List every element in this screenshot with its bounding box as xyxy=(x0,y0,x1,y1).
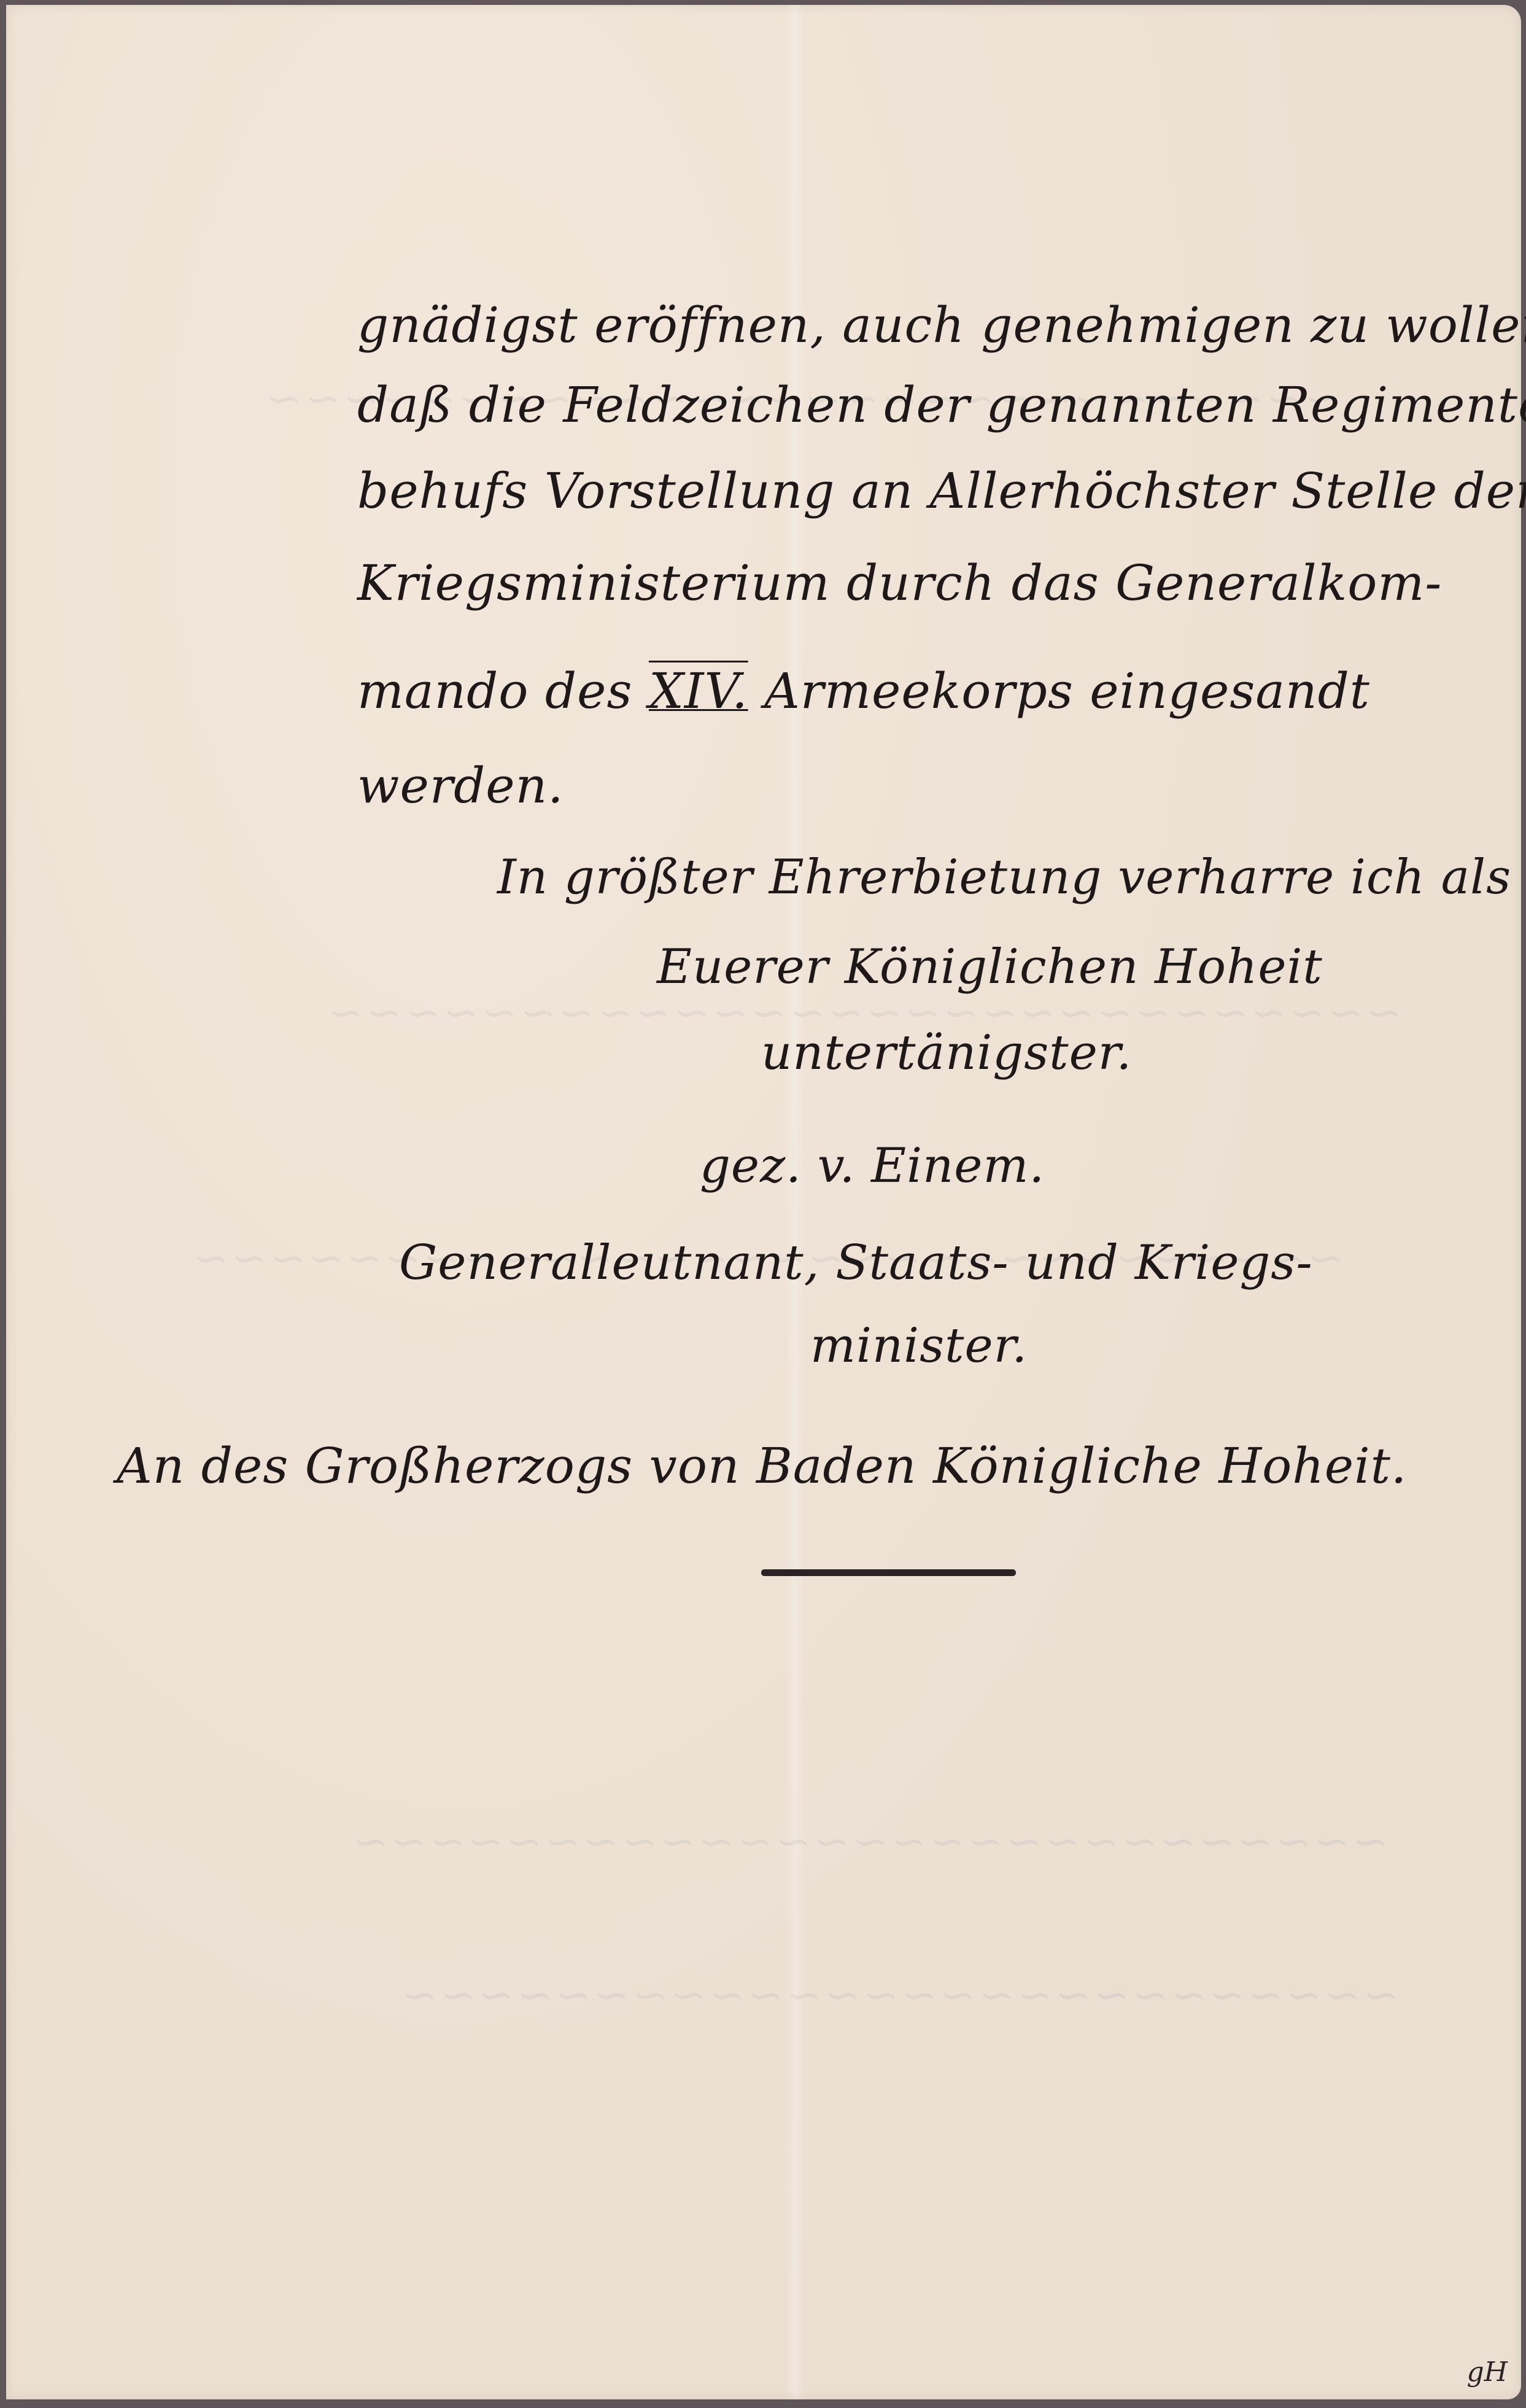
body-line-3: behufs Vorstellung an Allerhöchster Stel… xyxy=(357,467,1526,516)
addressee-line: An des Großherzogs von Baden Königliche … xyxy=(117,1442,1407,1491)
body-line-1: gnädigst eröffnen, auch genehmigen zu wo… xyxy=(357,301,1526,350)
body-line-6: werden. xyxy=(357,761,564,810)
corps-numeral: XIV. xyxy=(649,662,748,720)
closing-line-3: untertänigster. xyxy=(761,1029,1132,1077)
letter-page: ~~~~~~~~~~~~~~~~~~~~~~~~~~~~ ~~~~~~~~~~~… xyxy=(6,5,1521,2399)
body-line-5: mando des XIV. Armeekorps eingesandt xyxy=(357,667,1370,716)
body-line-5-end: Armeekorps eingesandt xyxy=(764,662,1370,720)
bleed-through-text: ~~~~~~~~~~~~~~~~~~~~~~~~~~~ xyxy=(350,1816,1389,1866)
closing-rule xyxy=(761,1569,1016,1576)
closing-line-2: Euerer Königlichen Hoheit xyxy=(657,943,1323,991)
corner-initials-mark: gH xyxy=(1466,2359,1508,2386)
closing-line-1: In größter Ehrerbietung verharre ich als xyxy=(497,853,1511,901)
body-line-5-start: mando des xyxy=(357,662,633,720)
signature-title-1: Generalleutnant, Staats- und Kriegs- xyxy=(399,1239,1313,1287)
bleed-through-text: ~~~~~~~~~~~~~~~~~~~~~~~~~~ xyxy=(399,1970,1399,2020)
signature-title-2: minister. xyxy=(810,1322,1028,1370)
body-line-2: daß die Feldzeichen der genannten Regime… xyxy=(357,381,1526,430)
body-line-4: Kriegsministerium durch das Generalkom- xyxy=(357,559,1442,608)
signature: gez. v. Einem. xyxy=(700,1142,1045,1190)
